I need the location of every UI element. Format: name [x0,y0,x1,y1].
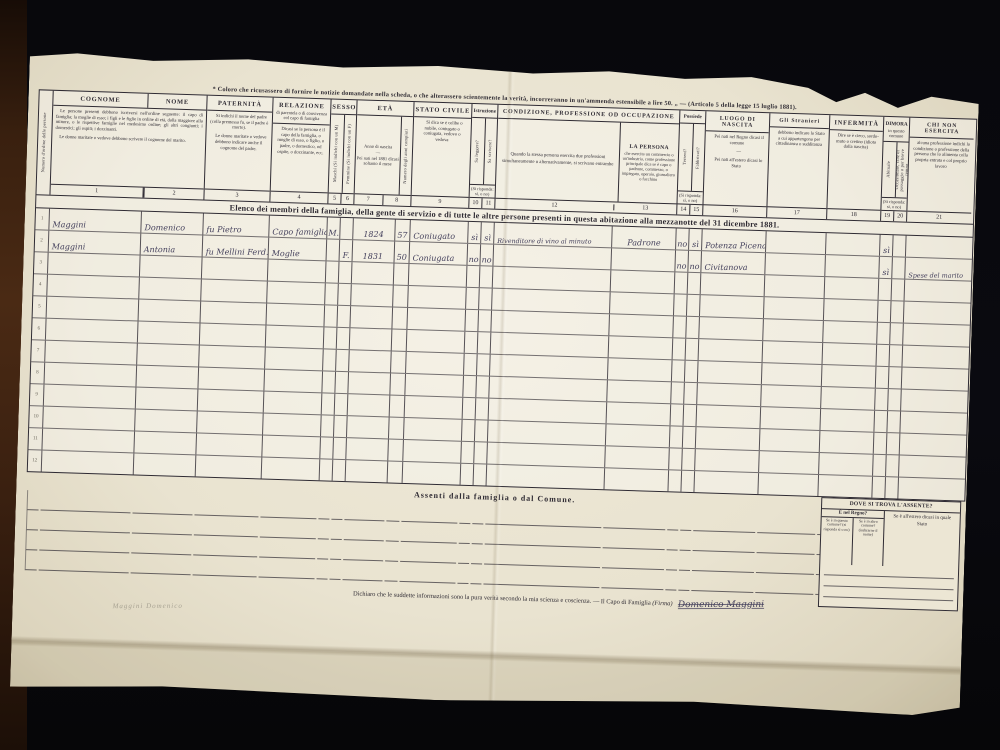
cell-cognome: Maggini [49,209,142,233]
cell-anno-nascita: 1831 [353,240,396,262]
assenti-cell [259,537,316,559]
cell-stato-civile: Coniugata [409,242,468,265]
cell-condizione-professione [487,443,606,468]
assenti-cell [193,555,258,577]
column-condizione: CONDIZIONE, PROFESSIONE OD OCCUPAZIONE Q… [495,105,680,215]
cell-chi-non-esercita [900,412,965,435]
fabbricati-label: Fabbricati? [696,146,701,168]
assenti-cell [384,561,398,581]
assenti-cell [318,519,330,539]
assenti-cell [472,504,484,524]
assenti-cell [667,510,679,530]
cell-stranieri-stato [759,451,820,474]
cell-stranieri-stato [760,407,821,430]
assenti-cell [194,515,259,537]
cell-sa-leggere [463,376,477,397]
cell-relazione [262,457,321,480]
cell-anno-nascita [348,394,391,416]
cell-condizione-professione [491,311,610,336]
cell-relazione [265,348,324,371]
cell-anno-nascita [346,460,389,482]
cell-condizione-professione [493,267,612,292]
assenti-cell [692,551,755,573]
assenti-cell [457,564,469,584]
assenti-cell [693,531,756,553]
cell-dimora-occasionale [885,477,899,498]
absent-location-box: DOVE SI TROVA L'ASSENTE? È nel Regno? Se… [818,497,961,611]
column-sesso: SESSO Maschi (Si indichi con un M) Femmi… [328,99,357,204]
assenti-cell [680,511,692,531]
cell-capo-o-padrone [610,292,675,315]
cell-terreni: no [676,228,690,249]
assenti-cell [691,571,754,593]
cell-anno-nascita [351,284,394,306]
cell-sesso-f [337,328,351,349]
col-number-14: 14 [677,206,689,212]
cell-sa-leggere [465,332,479,353]
cell-sa-leggere: sì [468,222,482,243]
cell-luogo-nascita [699,317,764,340]
cell-nome [140,256,203,279]
col-number-13: 13 [614,202,676,214]
col-number-12: 12 [495,201,614,211]
cell-sa-scrivere [474,464,488,485]
col-number-16: 16 [703,207,766,215]
cell-paternita [200,323,267,346]
assenti-cell [132,513,193,535]
cell-dimora-abituale [874,411,888,432]
cell-dimora-occasionale [889,367,903,388]
cell-sa-leggere [467,266,481,287]
column-dimora: DIMORAin questo comune Abituale Occasion… [881,117,910,222]
cell-sa-scrivere [480,266,494,287]
cell-sa-leggere [465,310,479,331]
cell-anni-compiuti [390,373,406,394]
cell-condizione-professione [490,355,609,380]
cell-chi-non-esercita [901,390,966,413]
col-number-8: 8 [382,195,411,206]
cell-paternita [198,367,265,390]
assenti-cell [317,559,329,579]
cell-paternita [197,411,264,434]
assenti-cell [41,491,132,514]
cell-infermita [825,255,880,278]
assenti-cell [471,544,483,564]
assenti-cell [678,571,690,591]
cell-terreni [671,404,685,425]
cell-anni-compiuti [388,439,404,460]
row-number: 4 [33,274,48,295]
cell-sesso-f [335,394,349,415]
cell-condizione-professione [491,333,610,358]
cell-relazione: Capo famiglia [269,216,328,239]
cell-cognome [47,297,140,321]
cell-relazione [262,436,321,459]
row-number: 12 [28,450,43,471]
cell-dimora-occasionale [888,389,902,410]
cell-sesso-m [327,239,341,260]
cell-sa-leggere [466,288,480,309]
cell-dimora-abituale [873,455,887,476]
cell-nome [135,409,198,432]
cell-anno-nascita: 1824 [353,218,396,240]
cell-sesso-m [322,393,336,414]
column-chi-non-esercita: CHI NON ESERCITA alcuna professione indi… [907,118,974,224]
column-infermita: INFERMITÀ Dire se è cieco, sordo-muto o … [827,115,884,221]
cell-cognome [47,275,140,299]
row-number: 5 [33,296,48,317]
cell-dimora-occasionale [893,235,907,256]
cell-dimora-occasionale [892,257,906,278]
column-stranieri: Gli Stranieri debbono indicare lo Stato … [767,113,830,219]
cell-chi-non-esercita [905,280,970,303]
cell-paternita [196,433,263,456]
cell-stranieri-stato [765,275,826,298]
pencil-annotation: Maggini Domenico [113,602,183,610]
column-luogo-nascita: LUOGO DI NASCITA Pei nati nel Regno dica… [703,111,770,217]
cell-anni-compiuti [390,395,406,416]
cell-chi-non-esercita [903,324,968,347]
assenti-cell [260,517,317,539]
cell-stato-civile [405,374,464,397]
cell-stranieri-stato [764,297,825,320]
cell-dimora-abituale [875,389,889,410]
cell-fabbricati [687,295,701,316]
assenti-cell [459,504,471,524]
cell-luogo-nascita [696,427,761,450]
cell-infermita [820,431,875,454]
cell-terreni [673,316,687,337]
assenti-cell [665,570,677,590]
assenti-cell [483,565,600,589]
assenti-cell [602,548,665,570]
cell-luogo-nascita [695,449,760,472]
sa-scrivere-label: Sa scrivere? [488,140,493,164]
cell-capo-o-padrone [609,314,674,337]
cell-condizione-professione [492,289,611,314]
cell-anni-compiuti [394,264,410,285]
in-questo-comune-question: Se è in questo comune? (si risponda sì o… [820,517,852,565]
row-number: 7 [31,340,46,361]
cell-fabbricati: sì [689,229,703,250]
dimora-occasionale-label: Occasionale, cioè di passaggio o per bre… [896,142,909,197]
cell-nome [139,300,202,323]
assenti-cell [666,550,678,570]
cell-chi-non-esercita [906,236,971,259]
assenti-cell [757,533,816,555]
cell-sesso-m [323,349,337,370]
col-number-9: 9 [411,198,468,206]
cell-sesso-f [337,306,351,327]
cell-relazione [267,282,326,305]
assenti-cell [400,542,457,564]
cell-dimora-abituale [878,301,892,322]
cell-sesso-m [324,305,338,326]
cell-capo-o-padrone: Padrone [612,226,677,249]
cell-condizione-professione [493,245,612,270]
assenti-cell [131,553,192,575]
cell-nome [139,278,202,301]
assenti-cell [344,500,385,521]
cell-sesso-m [325,283,339,304]
cell-fabbricati [683,427,697,448]
cell-anno-nascita [347,416,390,438]
cell-paternita [199,345,266,368]
cell-luogo-nascita [699,339,764,362]
terreni-label: Terreni? [683,149,688,165]
cell-sa-leggere [463,398,477,419]
cell-capo-o-padrone [605,446,670,469]
cell-paternita [201,280,268,303]
cell-stato-civile [403,440,462,463]
cell-sa-scrivere [479,288,493,309]
cell-stato-civile [407,330,466,353]
cell-capo-o-padrone [607,402,672,425]
assenti-cell [25,530,38,550]
firma-label: (Firma) [652,600,672,608]
cell-paternita [201,302,268,325]
anno-nascita-label: Anno di nascita — Pei nati nel 1881 dica… [355,115,402,194]
col-number-2: 2 [143,188,203,200]
photo-background: * Coloro che ricusassero di fornire le n… [0,0,1000,750]
cell-fabbricati [688,273,702,294]
assenti-cell [385,541,399,561]
cell-relazione: Moglie [269,238,328,261]
assenti-cell [26,510,39,530]
assenti-cell [344,520,385,541]
row-number: 9 [30,384,45,405]
column-eta: ETÀ Anno di nascita — Pei nati nel 1881 … [354,100,414,206]
cell-dimora-abituale: sì [880,235,894,256]
sesso-m-label: Maschi (Si indichi con un M) [333,125,339,183]
cell-stato-civile: Coniugato [410,220,469,243]
cell-dimora-abituale [879,279,893,300]
cell-sa-leggere [464,354,478,375]
cell-condizione-professione [487,465,606,490]
cell-cognome [45,363,138,387]
cell-sesso-m [326,261,340,282]
assenti-cell [693,511,756,533]
row-number: 1 [35,208,50,229]
cell-fabbricati [684,405,698,426]
cell-sa-scrivere [476,376,490,397]
cell-sesso-m [321,415,335,436]
cell-terreni [675,272,689,293]
cell-infermita [822,365,877,388]
cell-terreni [668,470,682,491]
cell-stato-civile [404,418,463,441]
cell-luogo-nascita [697,383,762,406]
cell-stranieri-stato [760,429,821,452]
cell-sa-scrivere [478,310,492,331]
cell-capo-o-padrone [611,248,676,271]
cell-stato-civile [406,352,465,375]
column-istruzione: Istruzione Sa leggere? Sa scrivere? (Si … [469,104,498,209]
cell-dimora-abituale [876,367,890,388]
cell-fabbricati: no [688,251,702,272]
cell-paternita: fu Pietro [203,214,270,237]
assenti-cell [472,524,484,544]
row-number: 10 [29,406,44,427]
cell-dimora-occasionale [891,301,905,322]
cell-terreni [669,448,683,469]
cell-chi-non-esercita [899,456,964,479]
cell-sesso-f [333,438,347,459]
cell-capo-o-padrone [611,270,676,293]
cell-infermita [826,233,881,256]
assenti-cell [131,533,192,555]
row-number: 11 [28,428,43,449]
cell-paternita: fu Mellini Ferd.º [203,236,270,259]
cell-chi-non-esercita [902,346,967,369]
cell-stato-civile [409,264,468,287]
in-altro-comune-question: Se è in altro comune? (indicarne il nome… [851,518,884,566]
cell-dimora-abituale [876,345,890,366]
cell-dimora-occasionale [886,455,900,476]
cell-cognome [44,385,137,409]
assenti-cell [193,535,258,557]
cell-sa-scrivere: sì [481,222,495,243]
col-number-15: 15 [689,205,702,215]
cell-stato-civile [403,462,462,485]
cell-nome [137,344,200,367]
cell-sesso-f [338,284,352,305]
absent-box-rule-lines [819,564,958,610]
cell-anno-nascita [352,262,395,284]
cell-sesso-m [320,437,334,458]
col-number-6: 6 [340,194,353,204]
cognome-title: COGNOME [53,91,148,108]
cell-relazione [266,326,325,349]
cell-fabbricati [686,317,700,338]
cell-luogo-nascita [694,471,759,494]
cell-infermita [820,409,875,432]
cell-infermita [824,299,879,322]
assenti-cell [194,495,259,517]
head-of-family-signature: Domenico Maggini [678,600,764,610]
ordinal-vertical-label: Numero d'ordine delle persone [41,113,48,173]
col-number-4: 4 [270,194,327,202]
cell-sesso-f [340,218,354,239]
cell-stranieri-stato [762,363,823,386]
cell-anni-compiuti [392,330,408,351]
cell-relazione [266,304,325,327]
assenti-cell [679,551,691,571]
assenti-cell [459,524,471,544]
assenti-cell [458,544,470,564]
census-form-sheet: * Coloro che ricusassero di fornire le n… [10,50,980,717]
cell-terreni [670,426,684,447]
cell-luogo-nascita [701,273,766,296]
cell-sa-leggere [461,442,475,463]
nome-title: NOME [148,94,206,110]
cell-stranieri-stato [765,253,826,276]
col-number-17: 17 [767,209,826,217]
cell-cognome [42,429,135,453]
cell-stato-civile [407,308,466,331]
cell-paternita [196,455,263,478]
cell-stato-civile [408,286,467,309]
col-number-11: 11 [481,198,494,208]
declaration-text: Dichiaro che le suddette informazioni so… [353,590,651,606]
assenti-cell [132,493,193,515]
cell-anni-compiuti [391,352,407,373]
row-number: 6 [32,318,47,339]
cognome-nome-instructions: Le persone presenti debbono iscriversi n… [51,106,206,189]
cell-dimora-occasionale [890,323,904,344]
cell-sesso-f [334,416,348,437]
assenti-cell [401,522,458,544]
cell-luogo-nascita: Civitanova [701,251,766,274]
cell-stranieri-stato [766,231,827,254]
col-number-19: 19 [881,213,893,219]
assenti-cell [27,490,40,510]
cell-sa-scrivere [478,332,492,353]
cell-sesso-f: F. [340,240,354,261]
assenti-cell [399,562,456,584]
cell-paternita [198,389,265,412]
col-number-18: 18 [827,211,880,219]
cell-nome [136,366,199,389]
cell-luogo-nascita [700,295,765,318]
cell-capo-o-padrone [604,468,669,491]
cell-anno-nascita [350,328,393,350]
cell-anni-compiuti [392,308,408,329]
cell-stranieri-stato [758,473,819,496]
cell-fabbricati [684,383,698,404]
cell-sesso-f [333,460,347,481]
cell-sa-leggere [461,464,475,485]
col-number-20: 20 [893,211,906,221]
cell-capo-o-padrone [608,358,673,381]
assenti-cell [343,560,384,581]
cell-relazione [263,414,322,437]
cell-nome [134,431,197,454]
assenti-cell [667,530,679,550]
cell-fabbricati [686,339,700,360]
assenti-cell [331,500,343,520]
cell-relazione [264,370,323,393]
assenti-cell [603,528,666,550]
cell-sesso-m [322,371,336,392]
sesso-f-label: Femmine (Si indichi con un F) [346,124,353,184]
cell-sa-scrivere [477,354,491,375]
cell-infermita [825,277,880,300]
cell-stato-civile [405,396,464,419]
cell-nome [134,453,197,476]
cell-stranieri-stato [763,341,824,364]
cell-anni-compiuti: 57 [395,220,411,241]
cell-nome: Domenico [141,212,204,235]
cell-fabbricati [685,361,699,382]
cell-anno-nascita [350,306,393,328]
cell-chi-non-esercita [898,478,963,501]
assenti-cell [757,513,816,535]
cell-terreni [673,338,687,359]
cell-terreni [671,382,685,403]
cell-cognome [45,341,138,365]
column-paternita: PATERNITÀ Si indichi il nome del padre (… [204,96,273,202]
assenti-cell [260,497,317,519]
cell-sa-leggere: no [467,244,481,265]
estero-question: Se è all'estero dicasi in quale Stato [883,511,960,568]
column-cognome-nome: COGNOME NOME Le persone presenti debbono… [50,91,207,200]
cell-infermita [821,387,876,410]
column-possiede: Possiede Terreni? Fabbricati? (Si rispon… [677,110,706,215]
assenti-cell [756,553,815,575]
cell-anni-compiuti [393,286,409,307]
assenti-cell [25,550,38,570]
